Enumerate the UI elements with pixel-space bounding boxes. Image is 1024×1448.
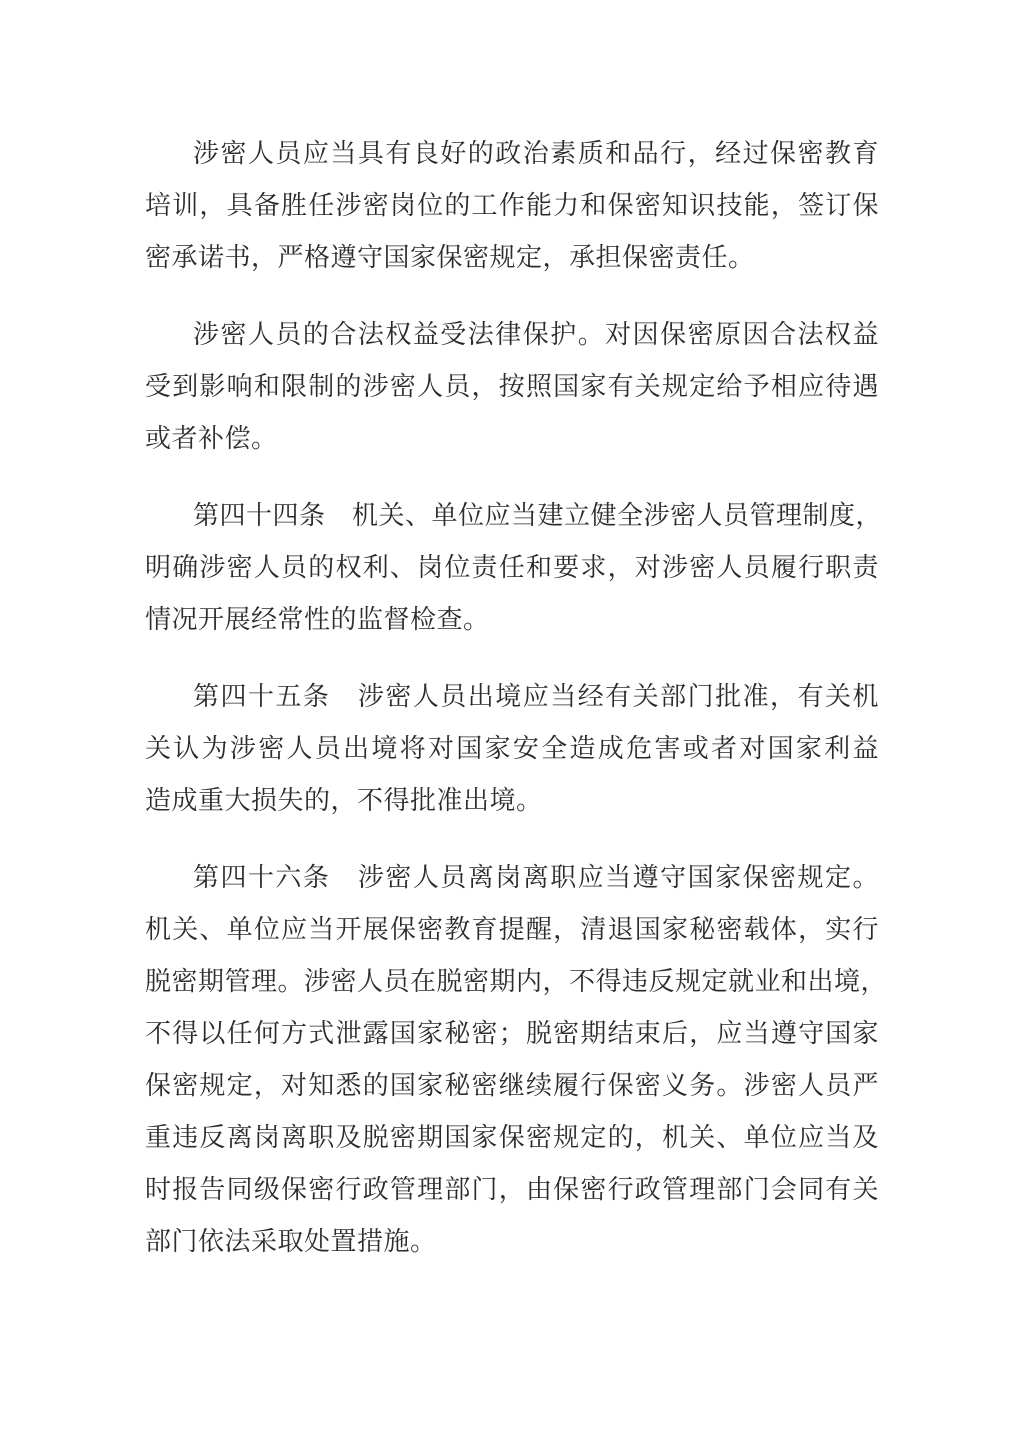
- text-line: 关认为涉密人员出境将对国家安全造成危害或者对国家利益: [145, 723, 879, 775]
- text-line: 时报告同级保密行政管理部门，由保密行政管理部门会同有关: [145, 1164, 879, 1216]
- paragraph-personnel-quality: 涉密人员应当具有良好的政治素质和品行，经过保密教育 培训，具备胜任涉密岗位的工作…: [145, 128, 879, 284]
- text-line: 部门依法采取处置措施。: [145, 1216, 879, 1268]
- text-line: 涉密人员的合法权益受法律保护。对因保密原因合法权益: [145, 309, 879, 361]
- paragraph-article-46: 第四十六条 涉密人员离岗离职应当遵守国家保密规定。 机关、单位应当开展保密教育提…: [145, 852, 879, 1268]
- text-line: 或者补偿。: [145, 413, 879, 465]
- text-line: 脱密期管理。涉密人员在脱密期内，不得违反规定就业和出境，: [145, 956, 879, 1008]
- text-line: 重违反离岗离职及脱密期国家保密规定的，机关、单位应当及: [145, 1112, 879, 1164]
- text-line: 明确涉密人员的权利、岗位责任和要求，对涉密人员履行职责: [145, 542, 879, 594]
- paragraph-rights-protection: 涉密人员的合法权益受法律保护。对因保密原因合法权益 受到影响和限制的涉密人员，按…: [145, 309, 879, 465]
- paragraph-article-45: 第四十五条 涉密人员出境应当经有关部门批准，有关机 关认为涉密人员出境将对国家安…: [145, 671, 879, 827]
- text-line: 造成重大损失的，不得批准出境。: [145, 775, 879, 827]
- text-line: 受到影响和限制的涉密人员，按照国家有关规定给予相应待遇: [145, 361, 879, 413]
- text-line: 培训，具备胜任涉密岗位的工作能力和保密知识技能，签订保: [145, 180, 879, 232]
- text-line: 涉密人员应当具有良好的政治素质和品行，经过保密教育: [145, 128, 879, 180]
- text-line: 保密规定，对知悉的国家秘密继续履行保密义务。涉密人员严: [145, 1060, 879, 1112]
- text-line: 机关、单位应当开展保密教育提醒，清退国家秘密载体，实行: [145, 904, 879, 956]
- text-line: 第四十六条 涉密人员离岗离职应当遵守国家保密规定。: [145, 852, 879, 904]
- document-body: 涉密人员应当具有良好的政治素质和品行，经过保密教育 培训，具备胜任涉密岗位的工作…: [145, 128, 879, 1268]
- text-line: 第四十四条 机关、单位应当建立健全涉密人员管理制度，: [145, 490, 879, 542]
- document-page: 涉密人员应当具有良好的政治素质和品行，经过保密教育 培训，具备胜任涉密岗位的工作…: [0, 0, 1024, 1448]
- paragraph-article-44: 第四十四条 机关、单位应当建立健全涉密人员管理制度， 明确涉密人员的权利、岗位责…: [145, 490, 879, 646]
- text-line: 情况开展经常性的监督检查。: [145, 594, 879, 646]
- text-line: 不得以任何方式泄露国家秘密；脱密期结束后，应当遵守国家: [145, 1008, 879, 1060]
- text-line: 密承诺书，严格遵守国家保密规定，承担保密责任。: [145, 232, 879, 284]
- text-line: 第四十五条 涉密人员出境应当经有关部门批准，有关机: [145, 671, 879, 723]
